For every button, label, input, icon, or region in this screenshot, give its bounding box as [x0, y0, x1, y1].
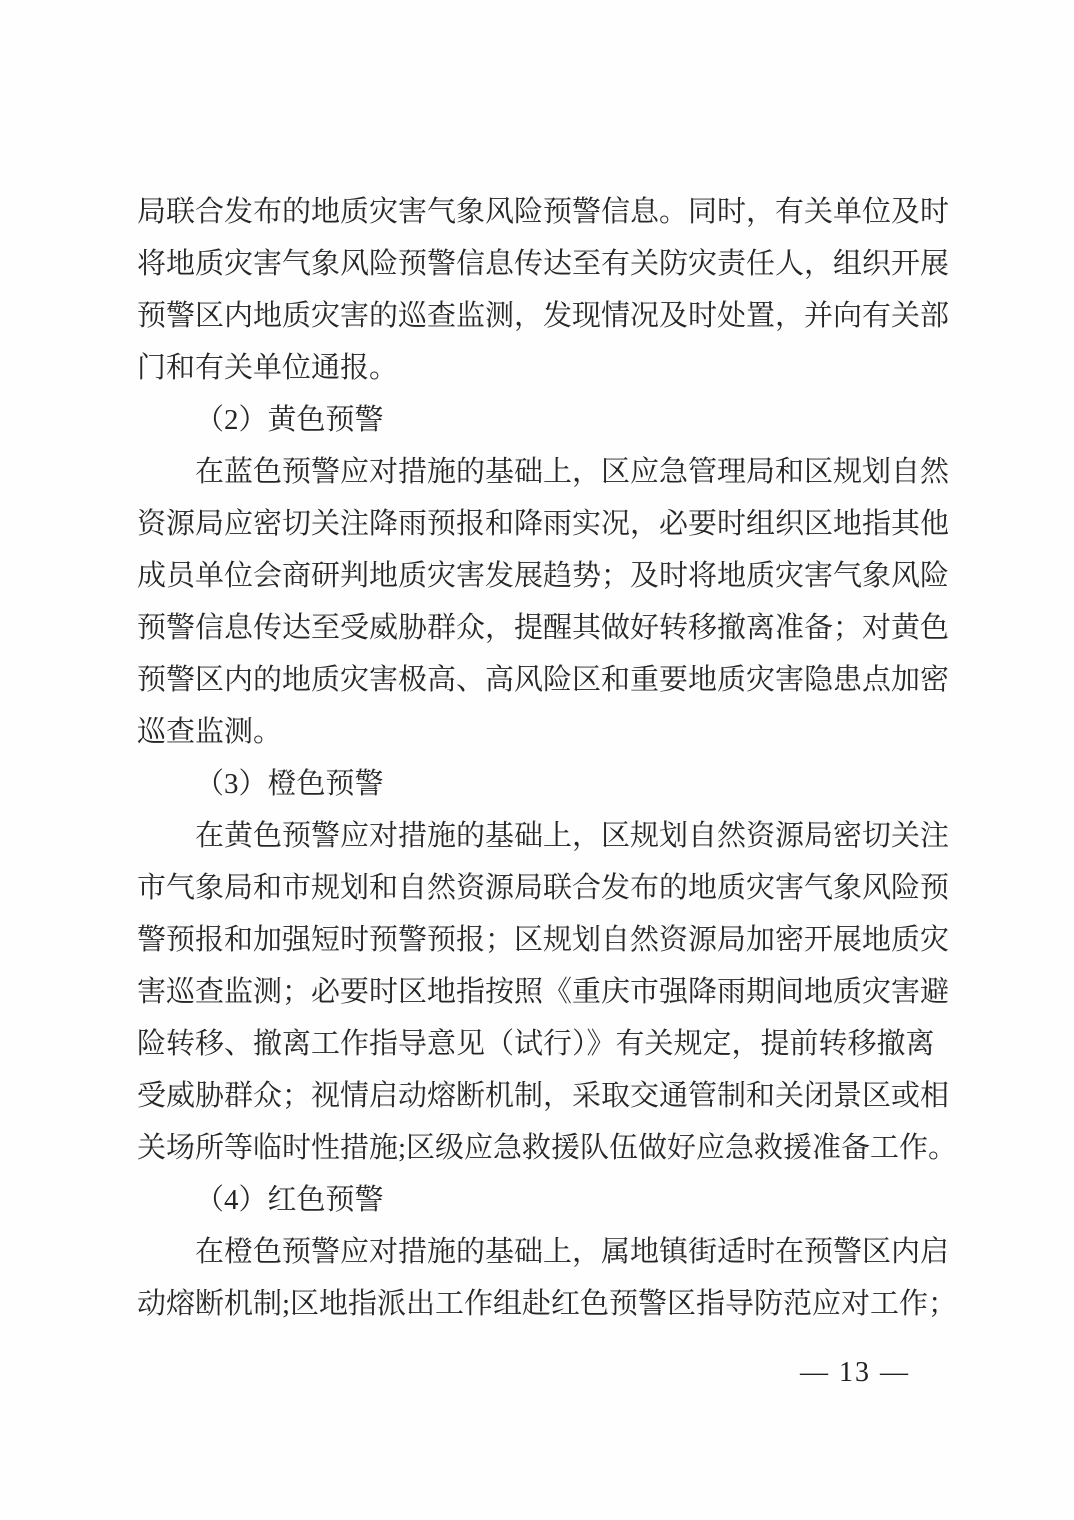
text-line: 在黄色预警应对措施的基础上，区规划自然资源局密切关注 — [137, 810, 950, 862]
text-line: 巡查监测。 — [137, 706, 950, 758]
text-line: 成员单位会商研判地质灾害发展趋势；及时将地质灾害气象风险 — [137, 550, 950, 602]
text-line: 在蓝色预警应对措施的基础上，区应急管理局和区规划自然 — [137, 446, 950, 498]
text-line: 预警区内地质灾害的巡查监测，发现情况及时处置，并向有关部 — [137, 290, 950, 342]
text-line: 资源局应密切关注降雨预报和降雨实况，必要时组织区地指其他 — [137, 498, 950, 550]
paragraph-red-warning: 在橙色预警应对措施的基础上，属地镇街适时在预警区内启 动熔断机制;区地指派出工作… — [137, 1226, 950, 1330]
text-line: 警预报和加强短时预警预报；区规划自然资源局加密开展地质灾 — [137, 914, 950, 966]
paragraph-blue-warning-continued: 局联合发布的地质灾害气象风险预警信息。同时，有关单位及时 将地质灾害气象风险预警… — [137, 186, 950, 394]
text-line: 将地质灾害气象风险预警信息传达至有关防灾责任人，组织开展 — [137, 238, 950, 290]
text-line: 预警信息传达至受威胁群众，提醒其做好转移撤离准备；对黄色 — [137, 602, 950, 654]
paragraph-orange-warning: 在黄色预警应对措施的基础上，区规划自然资源局密切关注 市气象局和市规划和自然资源… — [137, 810, 950, 1174]
text-line: 关场所等临时性措施;区级应急救援队伍做好应急救援准备工作。 — [137, 1122, 950, 1174]
section-heading-yellow-warning: （2）黄色预警 — [137, 394, 950, 446]
paragraph-yellow-warning: 在蓝色预警应对措施的基础上，区应急管理局和区规划自然 资源局应密切关注降雨预报和… — [137, 446, 950, 758]
page-number: — 13 — — [800, 1356, 910, 1390]
text-line: 门和有关单位通报。 — [137, 342, 950, 394]
heading-text: （2）黄色预警 — [137, 394, 950, 446]
text-line: 害巡查监测；必要时区地指按照《重庆市强降雨期间地质灾害避 — [137, 966, 950, 1018]
heading-text: （4）红色预警 — [137, 1174, 950, 1226]
document-body: 局联合发布的地质灾害气象风险预警信息。同时，有关单位及时 将地质灾害气象风险预警… — [137, 186, 950, 1330]
document-page: 局联合发布的地质灾害气象风险预警信息。同时，有关单位及时 将地质灾害气象风险预警… — [0, 0, 1074, 1520]
text-line: 局联合发布的地质灾害气象风险预警信息。同时，有关单位及时 — [137, 186, 950, 238]
text-line: 险转移、撤离工作指导意见（试行）》有关规定，提前转移撤离 — [137, 1018, 950, 1070]
text-line: 预警区内的地质灾害极高、高风险区和重要地质灾害隐患点加密 — [137, 654, 950, 706]
text-line: 动熔断机制;区地指派出工作组赴红色预警区指导防范应对工作； — [137, 1278, 950, 1330]
section-heading-red-warning: （4）红色预警 — [137, 1174, 950, 1226]
text-line: 市气象局和市规划和自然资源局联合发布的地质灾害气象风险预 — [137, 862, 950, 914]
text-line: 在橙色预警应对措施的基础上，属地镇街适时在预警区内启 — [137, 1226, 950, 1278]
text-line: 受威胁群众；视情启动熔断机制，采取交通管制和关闭景区或相 — [137, 1070, 950, 1122]
section-heading-orange-warning: （3）橙色预警 — [137, 758, 950, 810]
heading-text: （3）橙色预警 — [137, 758, 950, 810]
